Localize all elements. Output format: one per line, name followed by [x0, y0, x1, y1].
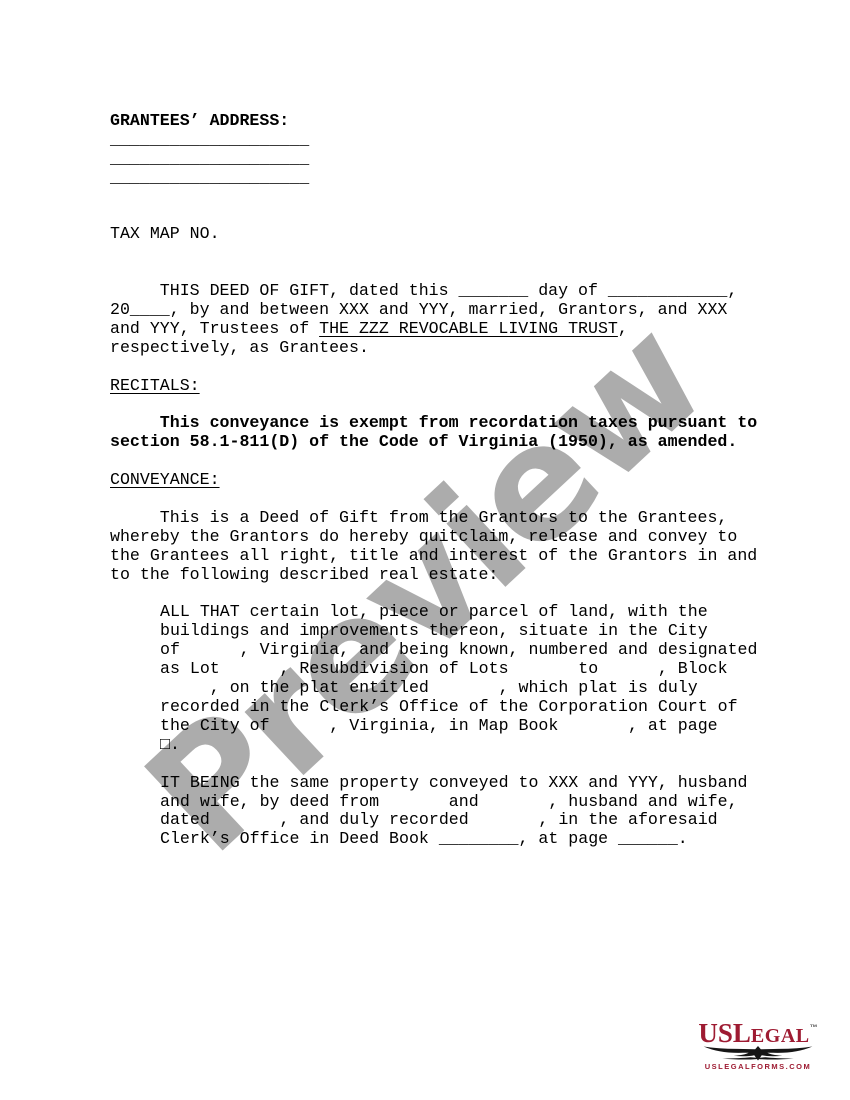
conveyance-heading: CONVEYANCE:	[110, 471, 757, 490]
uslegal-wordmark-small: EGAL	[751, 1025, 810, 1047]
deed-of-gift-document: GRANTEES’ ADDRESS: ____________________ …	[110, 112, 757, 849]
uslegalforms-tagline: USLEGALFORMS.COM	[692, 1062, 824, 1071]
uslegal-wordmark-large: USL	[698, 1018, 751, 1048]
trust-name-underlined: THE ZZZ REVOCABLE LIVING TRUST	[319, 319, 618, 338]
eagle-icon	[699, 1046, 817, 1061]
conveyance-intro-paragraph: This is a Deed of Gift from the Grantors…	[110, 509, 757, 585]
recitals-heading: RECITALS:	[110, 377, 757, 396]
grantees-address-blank-lines: ____________________ ___________________…	[110, 131, 757, 188]
deed-intro-paragraph: THIS DEED OF GIFT, dated this _______ da…	[110, 282, 757, 358]
trademark-symbol: ™	[810, 1023, 818, 1032]
uslegal-wordmark: USLEGAL™	[692, 1020, 824, 1047]
recordation-tax-exempt-clause: This conveyance is exempt from recordati…	[110, 414, 757, 452]
it-being-paragraph: IT BEING the same property conveyed to X…	[160, 774, 757, 850]
uslegal-logo: USLEGAL™ USLEGALFORMS.COM	[692, 1020, 824, 1071]
tax-map-no-label: TAX MAP NO.	[110, 225, 757, 244]
property-description-paragraph: ALL THAT certain lot, piece or parcel of…	[160, 603, 757, 754]
grantees-address-heading: GRANTEES’ ADDRESS:	[110, 112, 757, 131]
